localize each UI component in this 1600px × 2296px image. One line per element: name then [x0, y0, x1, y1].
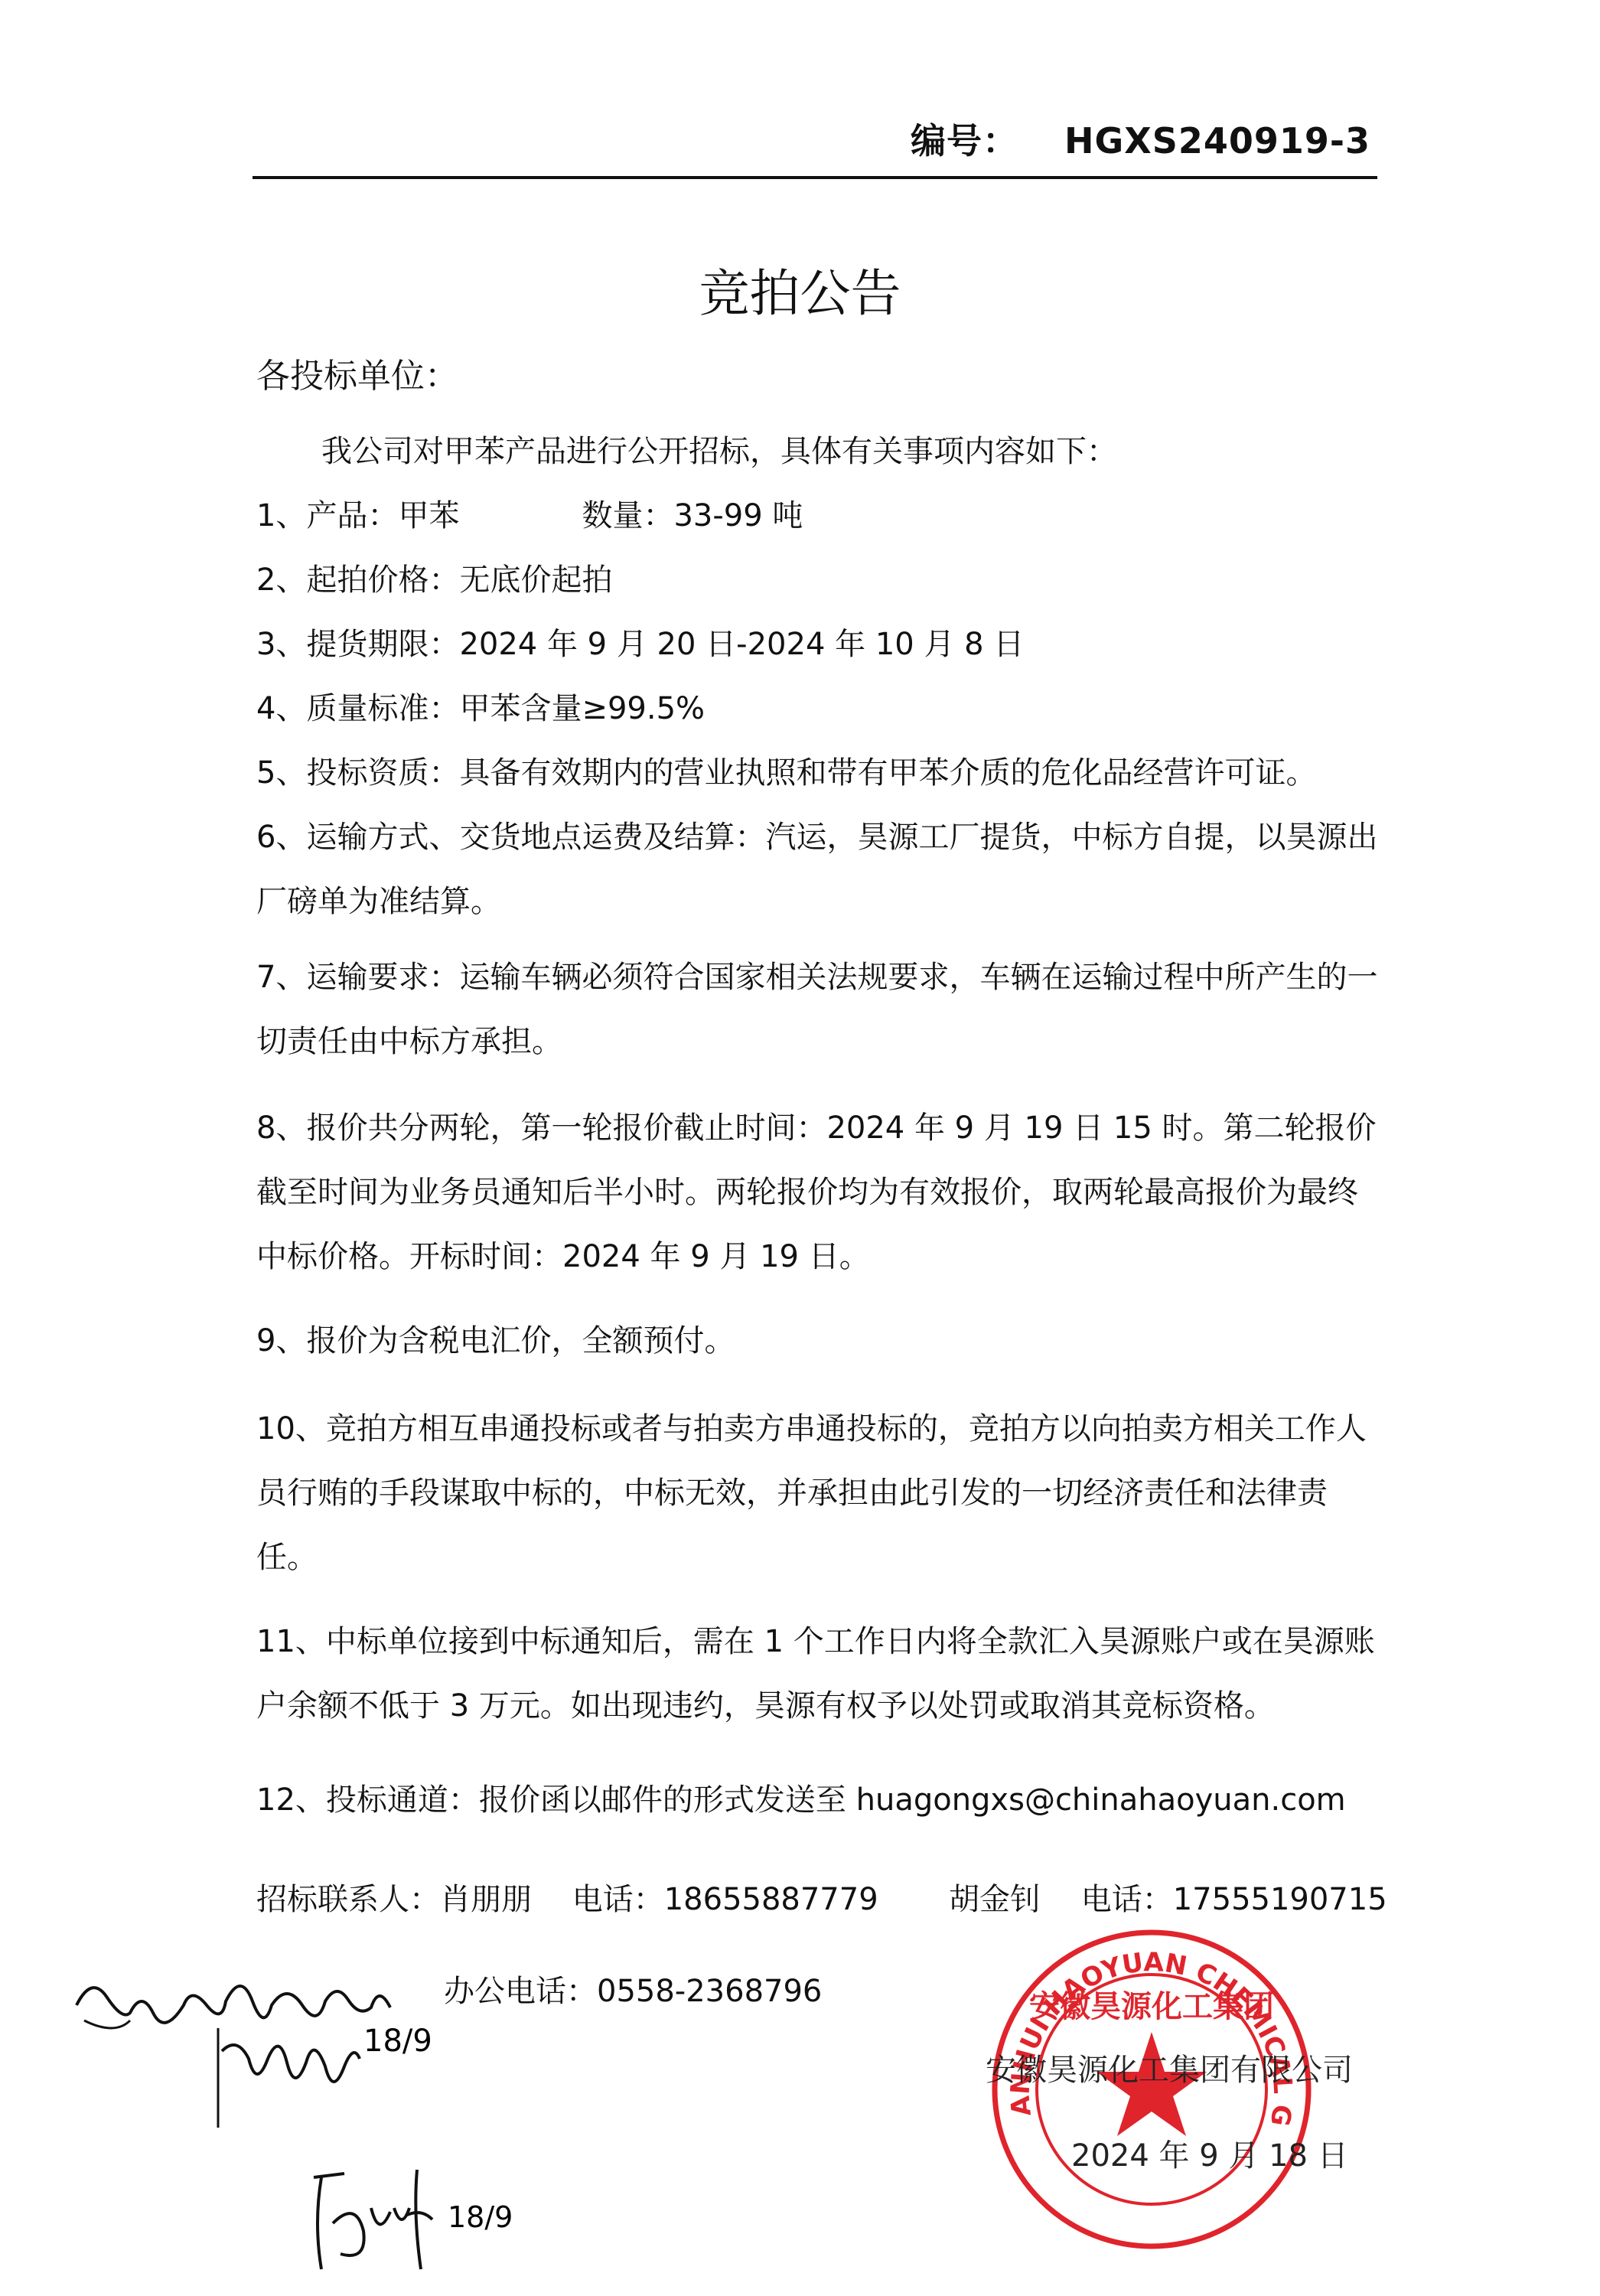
item-10: 10、竞拍方相互串通投标或者与拍卖方串通投标的，竞拍方以向拍卖方相关工作人员行贿…	[256, 1397, 1381, 1590]
office-phone: 办公电话：0558-2368796	[444, 1967, 822, 2011]
document-number-label: 编号：	[911, 120, 1018, 161]
svg-text:18/9: 18/9	[363, 2024, 432, 2059]
contact-person-2: 胡金钊	[949, 1882, 1041, 1917]
contact-phone-2: 电话：17555190715	[1081, 1882, 1387, 1917]
item-12: 12、投标通道：报价函以邮件的形式发送至 huagongxs@chinahaoy…	[256, 1768, 1419, 1832]
greeting: 各投标单位：	[256, 348, 458, 397]
contact-row: 招标联系人：肖朋朋 电话：18655887779	[256, 1875, 878, 1919]
intro-paragraph: 我公司对甲苯产品进行公开招标，具体有关事项内容如下：	[321, 419, 1446, 484]
svg-text:18/9: 18/9	[448, 2200, 513, 2234]
svg-text:安徽昊源化工集团: 安徽昊源化工集团	[1029, 1989, 1274, 2024]
contact-person-1: 肖朋朋	[440, 1882, 532, 1917]
item-9: 9、报价为含税电汇价，全额预付。	[256, 1309, 1381, 1373]
issue-date: 2024 年 9 月 18 日	[1071, 2131, 1348, 2175]
handwritten-note-signature: 18/9	[61, 1936, 459, 2135]
header-divider	[253, 176, 1377, 179]
item-5: 5、投标资质：具备有效期内的营业执照和带有甲苯介质的危化品经营许可证。	[256, 741, 1381, 805]
item-1: 1、产品：甲苯 数量：33-99 吨	[256, 484, 1381, 548]
item-4: 4、质量标准：甲苯含量≥99.5%	[256, 677, 1381, 741]
document-number: 编号：HGXS240919-3	[911, 113, 1370, 164]
item-11: 11、中标单位接到中标通知后，需在 1 个工作日内将全款汇入昊源账户或在昊源账户…	[256, 1609, 1381, 1738]
item-3: 3、提货期限：2024 年 9 月 20 日-2024 年 10 月 8 日	[256, 612, 1381, 677]
item-7: 7、运输要求：运输车辆必须符合国家相关法规要求，车辆在运输过程中所产生的一切责任…	[256, 945, 1381, 1074]
page-title: 竞拍公告	[0, 253, 1600, 325]
item-8: 8、报价共分两轮，第一轮报价截止时间：2024 年 9 月 19 日 15 时。…	[256, 1096, 1381, 1289]
company-seal: ANHUI HAOYUAN CHEMICAL GROUP CO.,LTD 安徽昊…	[987, 1925, 1316, 2254]
contact-phone-1: 电话：18655887779	[572, 1882, 878, 1917]
contact-row-2: 胡金钊 电话：17555190715	[949, 1875, 1387, 1919]
item-6: 6、运输方式、交货地点运费及结算：汽运，昊源工厂提货，中标方自提，以昊源出厂磅单…	[256, 805, 1381, 934]
document-number-value: HGXS240919-3	[1064, 120, 1370, 161]
second-signature: 18/9	[298, 2162, 528, 2292]
item-2: 2、起拍价格：无底价起拍	[256, 548, 1381, 612]
issuing-company: 安徽昊源化工集团有限公司	[986, 2046, 1353, 2089]
contact-label: 招标联系人：	[256, 1882, 440, 1917]
